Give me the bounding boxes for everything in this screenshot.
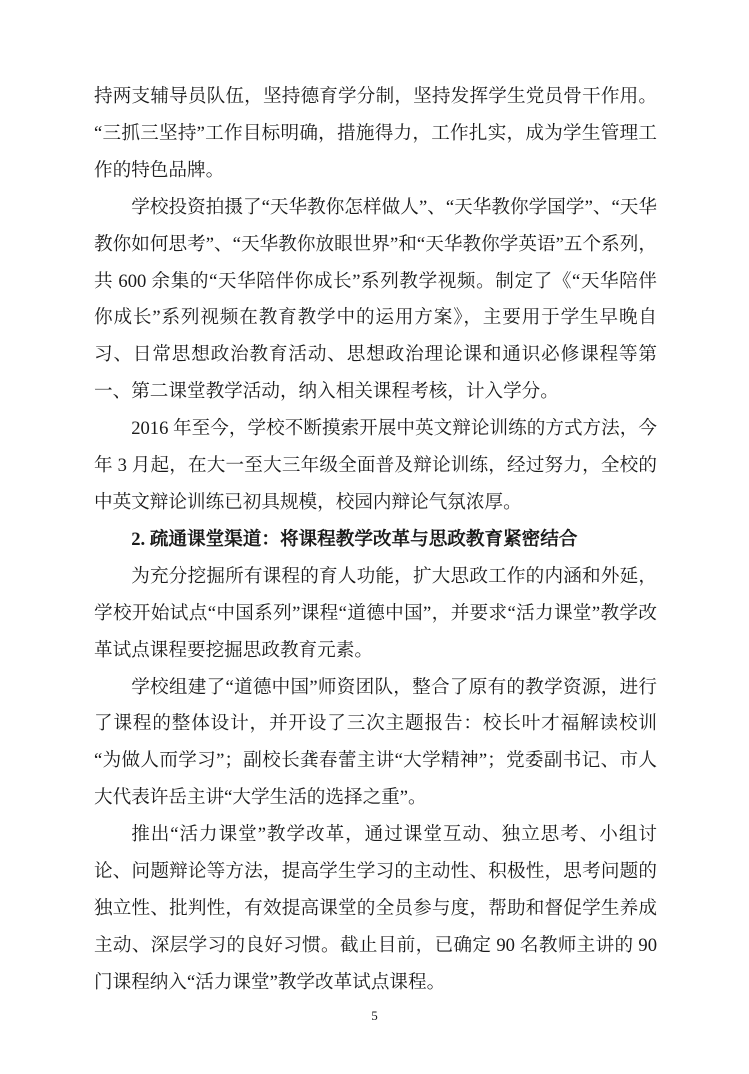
paragraph-5: 学校组建了“道德中国”师资团队，整合了原有的教学资源，进行了课程的整体设计，并开…: [94, 670, 657, 818]
paragraph-4: 为充分挖掘所有课程的育人功能，扩大思政工作的内涵和外延，学校开始试点“中国系列”…: [94, 559, 657, 670]
paragraph-2: 学校投资拍摄了“天华教你怎样做人”、“天华教你学国学”、“天华教你如何思考”、“…: [94, 190, 657, 411]
document-body: 持两支辅导员队伍，坚持德育学分制，坚持发挥学生党员骨干作用。“三抓三坚持”工作目…: [94, 79, 657, 1002]
page-footer: 5: [0, 1008, 749, 1024]
section-heading: 2. 疏通课堂渠道：将课程教学改革与思政教育紧密结合: [94, 522, 657, 559]
document-page: 持两支辅导员队伍，坚持德育学分制，坚持发挥学生党员骨干作用。“三抓三坚持”工作目…: [0, 0, 749, 1074]
page-number: 5: [371, 1008, 378, 1023]
paragraph-3: 2016 年至今，学校不断摸索开展中英文辩论训练的方式方法，今年 3 月起，在大…: [94, 411, 657, 522]
paragraph-6: 推出“活力课堂”教学改革，通过课堂互动、独立思考、小组讨论、问题辩论等方法，提高…: [94, 817, 657, 1002]
paragraph-1: 持两支辅导员队伍，坚持德育学分制，坚持发挥学生党员骨干作用。“三抓三坚持”工作目…: [94, 79, 657, 190]
